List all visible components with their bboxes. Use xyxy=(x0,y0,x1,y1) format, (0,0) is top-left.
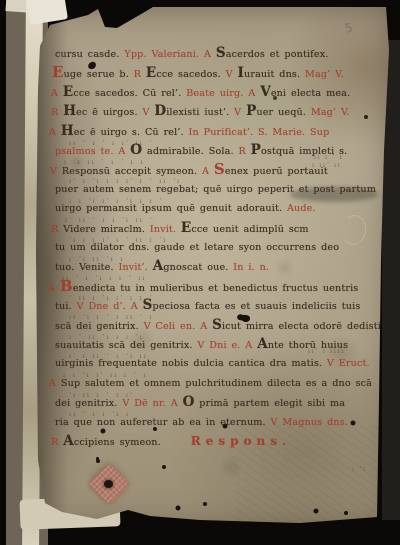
margin-neume-marks: ı ııʼ ıı xyxy=(312,161,341,169)
text-segment: E xyxy=(52,63,64,81)
text-segment: A xyxy=(245,340,257,351)
text-line: A Ecce sacedos. Cū rel’. Beate uirg. A V… xyxy=(51,83,351,102)
text-segment: A xyxy=(248,88,260,99)
text-segment: P xyxy=(246,103,256,119)
neume-marks: ı ı ʼı ıʼ ı ʼı ı ı ʼ xyxy=(69,192,163,211)
text-segment: uer ueqū. xyxy=(256,107,310,118)
text-segment: V Dni e. xyxy=(197,340,245,351)
neume-marks: ıʼ ı ʼı ı ı ıʼ ı ʼ ıı ʼı xyxy=(69,172,181,191)
text-segment: Mag’ V. xyxy=(305,69,344,80)
neume-marks: ıı ʼ ı ʼı ı ı ʼ ıı xyxy=(62,269,147,288)
text-segment: ec ē uirgos. xyxy=(76,107,142,118)
text-segment: S xyxy=(212,317,222,333)
text-segment: D xyxy=(154,103,166,119)
neume-marks: ı ʼı ıı ʼ ı ʼ ı ı xyxy=(64,153,144,172)
text-segment: acerdos et pontifex. xyxy=(226,49,329,60)
neume-marks: ʼı ıı ı ʼ ı ıʼ xyxy=(69,386,134,405)
text-segment: A xyxy=(171,398,183,409)
margin-neume-marks: ııʼ ı ıııı xyxy=(308,347,345,355)
text-segment: A xyxy=(48,283,60,294)
text-segment: gnoscat oue. xyxy=(163,262,233,273)
text-segment: A xyxy=(63,433,74,449)
text-segment: P xyxy=(251,142,261,158)
neume-marks: ı ı ʼı ıʼ ıı ı ʼ ı xyxy=(63,366,148,385)
text-segment: E xyxy=(146,65,156,81)
text-segment: E xyxy=(181,220,191,236)
text-segment: R xyxy=(134,69,146,80)
text-segment: A xyxy=(49,127,61,138)
neume-marks: ıı ʼ ı ı ʼı ı xyxy=(69,405,130,424)
neume-marks: ıı ʼı ı ʼ ı ıı ʼ ı xyxy=(69,308,154,327)
text-segment: V xyxy=(226,69,238,80)
text-segment: V xyxy=(234,107,246,118)
text-segment: A xyxy=(257,336,268,352)
text-segment: A xyxy=(204,49,216,60)
text-segment: peciosa facta es et suauis indeliciis tu… xyxy=(153,301,361,312)
text-line: R Hec ē uirgos. V Dilexisti iust’. V Pue… xyxy=(51,102,351,121)
text-segment: O xyxy=(183,394,195,410)
neume-marks: ıı ʼ ı ʼ ı ıʼ ıı ʼ xyxy=(69,134,153,153)
text-segment: E xyxy=(63,84,73,100)
text-segment: cce uenit adimplū scm xyxy=(191,224,308,235)
neume-marks: ʼı ı ı ıʼ ı ʼ ıı ı ʼı xyxy=(69,231,167,250)
text-segment: primā partem elegit sibi ma xyxy=(195,398,346,409)
text-segment: ccipiens symeon. xyxy=(74,437,161,448)
margin-neume-marks: ı ʼı xyxy=(352,465,367,473)
text-segment: cce sacedos. Cū rel’. xyxy=(73,88,186,99)
text-segment: H xyxy=(63,103,76,119)
text-line: Euge serue b. R Ecce sacedos. V Iurauit … xyxy=(52,63,352,82)
neume-marks: ıʼ ıı ʼ ı ı ʼı ıı ʼ xyxy=(65,211,154,230)
text-segment: S xyxy=(214,160,225,178)
margin-neume-marks: ıı ı ʼ ı xyxy=(314,153,343,161)
text-segment: R xyxy=(51,224,63,235)
text-segment: Ypp. Valeriani. xyxy=(124,49,204,60)
parchment-hole xyxy=(104,480,113,488)
text-segment: A xyxy=(153,258,164,274)
manuscript-photo: 5 cursu casde. Ypp. Valeriani. A Sacerdo… xyxy=(0,0,400,545)
text-block: cursu casde. Ypp. Valeriani. A Sacerdos … xyxy=(55,44,355,464)
text-line: R Accipiens symeon.Respons. xyxy=(51,432,351,451)
text-segment: cursu casde. xyxy=(55,49,124,60)
text-segment: S xyxy=(216,45,226,61)
text-segment: Respons. xyxy=(191,434,291,448)
text-segment: Beate uirg. xyxy=(186,88,248,99)
text-segment: In i. n. xyxy=(233,262,269,273)
neume-marks: ı ʼı ıı ʼı ı xyxy=(69,250,124,269)
paper-fragment xyxy=(26,0,68,25)
text-segment: In Purificat’. S. Marie. Sup xyxy=(189,127,330,138)
text-segment: icut mirra electa odorē dedisti xyxy=(222,321,381,332)
text-segment: A xyxy=(202,166,214,177)
text-segment: A xyxy=(51,88,63,99)
text-segment: V Magnus dns. xyxy=(271,417,348,428)
text-segment: urauit dns. xyxy=(244,69,305,80)
neume-marks: ʼ ıı ı ʼı ıʼ ı ı ʼ xyxy=(69,289,153,308)
text-segment: ilexisti iust’. xyxy=(166,107,234,118)
text-segment: A xyxy=(200,321,212,332)
text-segment: V xyxy=(50,166,62,177)
text-line: ıı ʼ ı ı ʼı ıria que non auferetur ab ea… xyxy=(55,413,355,432)
text-segment: V xyxy=(260,84,271,100)
text-segment: V Eruct. xyxy=(327,358,370,369)
text-segment: Mag’ V. xyxy=(311,107,350,118)
text-segment: eni electa mea. xyxy=(271,88,350,99)
text-segment: admirabile. Sola. xyxy=(142,146,238,157)
text-segment: R xyxy=(51,107,63,118)
text-segment: cce sacedos. xyxy=(156,69,225,80)
text-line: cursu casde. Ypp. Valeriani. A Sacerdos … xyxy=(55,44,355,63)
text-segment: A xyxy=(49,378,61,389)
text-segment: R xyxy=(51,437,63,448)
manuscript-page: 5 cursu casde. Ypp. Valeriani. A Sacerdo… xyxy=(34,5,392,530)
neume-marks: ıʼ ı ıı ʼ ı ʼı ıı xyxy=(69,347,148,366)
neume-marks: ı ʼ ıı ʼı ı ı ʼı xyxy=(69,328,144,347)
text-segment: Aude. xyxy=(287,203,316,214)
text-segment: V xyxy=(142,107,154,118)
text-segment: uge serue b. xyxy=(64,69,134,80)
text-segment: R xyxy=(238,146,250,157)
